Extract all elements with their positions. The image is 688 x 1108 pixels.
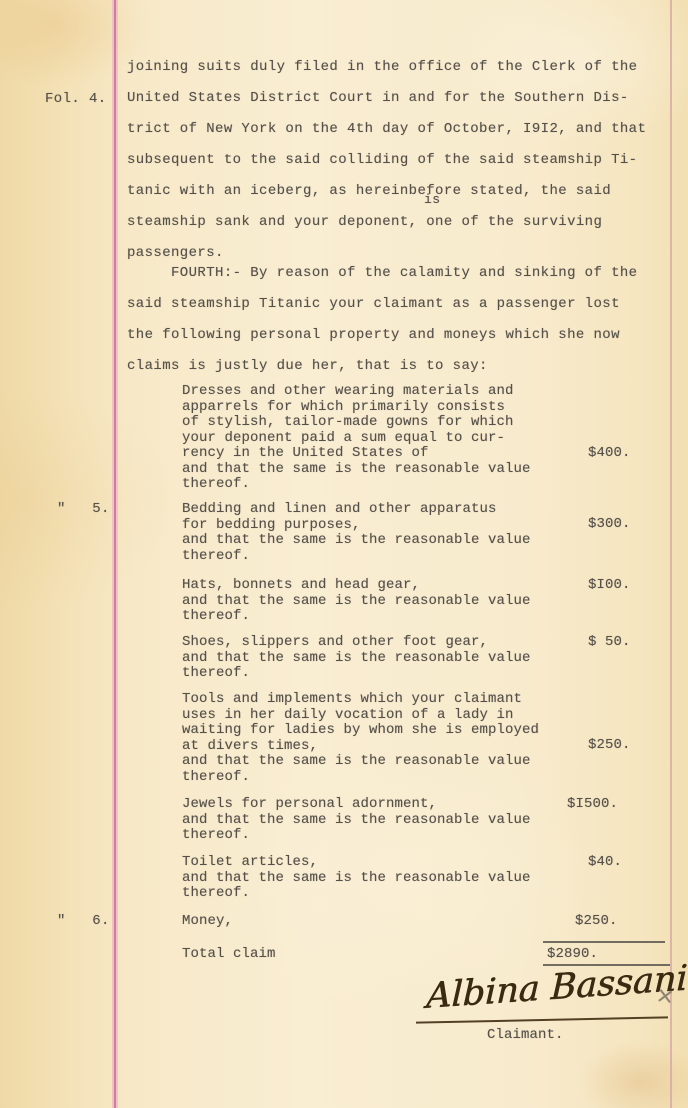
paragraph-third-continued: joining suits duly filed in the office o… (127, 52, 646, 269)
claim-item-jewels: Jewels for personal adornment, and that … (182, 797, 682, 844)
claim-item-amount: $300. (588, 517, 631, 533)
total-claim-amount: $2890. (547, 947, 598, 963)
signature-underline (416, 1016, 668, 1023)
folio-margin-label: Fol. 4. (45, 91, 107, 107)
claimant-caption: Claimant. (487, 1028, 564, 1044)
pencil-x-mark: × (654, 983, 676, 1010)
total-claim-label: Total claim (182, 947, 276, 963)
claimant-signature: Albina Bassani (426, 959, 677, 1017)
left-margin-rule-line (114, 0, 116, 1108)
money-row-label: Money, (182, 914, 233, 930)
total-rule-top (543, 941, 665, 943)
interlined-insertion-word: is (424, 192, 440, 207)
document-page: Fol. 4. joining suits duly filed in the … (0, 0, 688, 1108)
claim-item-tools: Tools and implements which your claimant… (182, 692, 682, 785)
claim-item-shoes: Shoes, slippers and other foot gear, and… (182, 635, 682, 682)
claim-item-hats: Hats, bonnets and head gear, and that th… (182, 578, 682, 625)
claim-item-amount: $250. (588, 738, 631, 754)
claim-item-amount: $ 50. (588, 635, 631, 651)
folio-margin-label-5: " 5. (57, 501, 110, 517)
claim-item-amount: $40. (588, 855, 622, 871)
claim-item-description: Bedding and linen and other apparatus fo… (182, 502, 682, 564)
claim-item-amount: $400. (588, 446, 631, 462)
claim-item-bedding: Bedding and linen and other apparatus fo… (182, 502, 682, 564)
claim-item-dresses: Dresses and other wearing materials and … (182, 384, 682, 493)
claim-item-description: Dresses and other wearing materials and … (182, 384, 682, 493)
claim-item-amount: $I500. (567, 797, 618, 813)
money-row-amount: $250. (575, 914, 618, 930)
claim-item-amount: $I00. (588, 578, 631, 594)
paragraph-fourth: FOURTH:- By reason of the calamity and s… (127, 258, 637, 382)
folio-margin-label-6: " 6. (57, 913, 110, 929)
claim-item-toilet-articles: Toilet articles, and that the same is th… (182, 855, 682, 902)
